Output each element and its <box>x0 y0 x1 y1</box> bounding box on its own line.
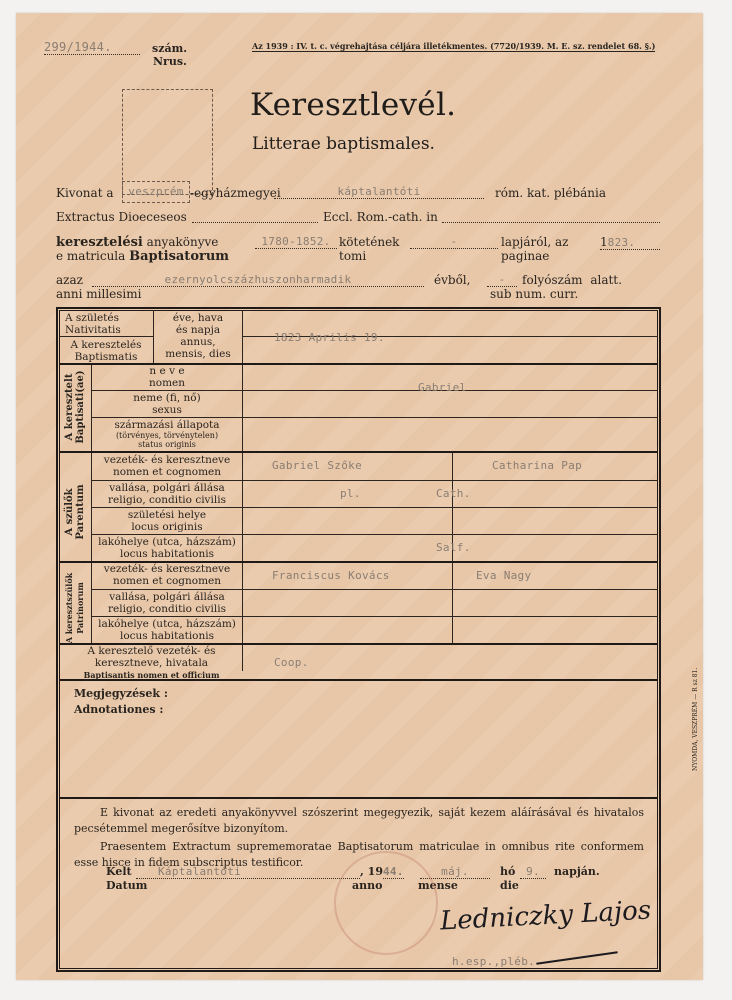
notes-label: Megjegyzések : <box>74 687 168 700</box>
grid-hline <box>91 534 658 535</box>
place-field: Káptalantóti <box>136 865 360 879</box>
diocese-field: veszprém <box>122 181 190 203</box>
parish-field: káptalantóti <box>274 185 484 199</box>
grid-hline <box>91 507 658 508</box>
register-label: keresztelési anyakönyve <box>56 235 218 250</box>
azaz-label: azaz <box>56 273 83 287</box>
year-suffix: évből, <box>434 273 470 287</box>
origin-label: származási állapota (törvényes, törvényt… <box>92 419 242 449</box>
serial-field: - <box>487 273 517 287</box>
grid-hline <box>91 616 658 617</box>
register-label-latin: e matricula Baptisatorum <box>56 249 229 264</box>
document-subtitle: Litterae baptismales. <box>252 134 435 154</box>
serial-label-latin: sub num. curr. <box>490 287 578 301</box>
number-label-latin: Nrus. <box>153 55 187 68</box>
serial-label: folyószám alatt. <box>522 273 622 287</box>
mother-name: Catharina Pap <box>492 459 582 472</box>
grid-hline <box>91 480 658 481</box>
grid-hline <box>59 336 153 337</box>
volume-field: 1780-1852. <box>255 235 337 249</box>
godparents-religion-label: vallása, polgári állása religio, conditi… <box>92 591 242 615</box>
parents-residence-label: lakóhelye (utca, házszám) locus habitati… <box>92 536 242 560</box>
volume-label-latin: tomi <box>339 249 366 263</box>
volume-label: kötetének <box>339 235 399 249</box>
azaz-latin-label: anni millesimi <box>56 287 141 301</box>
parents-religion-label: vallása, polgári állása religio, conditi… <box>92 482 242 506</box>
number-label: szám. <box>152 42 187 55</box>
sex-label: neme (fi, nő) sexus <box>92 392 242 416</box>
latin-eccl-line <box>442 222 660 223</box>
date-label: éve, hava és napja annus, mensis, dies <box>154 312 242 360</box>
year-words-field: ezernyolcszázhuszonharmadik <box>92 273 424 287</box>
printer-mark: NYOMDA, VESZPRÉM — R sz 81. <box>692 668 699 771</box>
birth-label: A születés Nativitatis <box>61 312 155 336</box>
datum-label: Datum <box>106 879 147 892</box>
day-field: 9. <box>520 865 546 879</box>
name-label: n e v e nomen <box>92 365 242 389</box>
parents-religion-1: pl. <box>340 487 361 500</box>
kivonat-label: Kivonat a <box>56 186 113 200</box>
diocese-suffix: -egyházmegyei <box>190 186 281 200</box>
parents-religion-2: Cath. <box>436 487 471 500</box>
godmother-name: Eva Nagy <box>476 569 531 582</box>
godparents-residence-label: lakóhelye (utca, házszám) locus habitati… <box>92 618 242 642</box>
parents-residence: Salf. <box>436 541 471 554</box>
name-value: Gabriel <box>418 381 466 394</box>
godparents-group-label: A keresztszülők Patrinorum <box>64 563 86 653</box>
godparents-names-label: vezeték- és keresztneve nomen et cognome… <box>92 563 242 587</box>
page-label-latin: paginae <box>501 249 549 263</box>
latin-dioecese-label: Extractus Dioeceseos <box>56 210 187 224</box>
baptised-group-label: A keresztelt Baptisati(ae) <box>64 362 86 452</box>
document-paper: 299/1944. szám. Nrus. Az 1939 : IV. t. c… <box>16 13 703 980</box>
grid-hline <box>59 451 658 453</box>
ho-label: hó <box>500 865 515 878</box>
date-value: 1823 Aprilis 19. <box>274 331 385 344</box>
notes-label-latin: Adnotationes : <box>74 703 163 716</box>
page-field: - <box>410 235 498 249</box>
parents-names-label: vezeték- és keresztneve nomen et cognome… <box>92 454 242 478</box>
document-title: Keresztlevél. <box>250 87 456 123</box>
photo-placeholder-box <box>122 89 213 195</box>
baptiser-label: A keresztelő vezeték- és keresztneve, hi… <box>61 645 242 681</box>
signature-title: h.esp.,pléb. <box>452 955 535 968</box>
grid-hline <box>91 390 658 391</box>
parish-suffix: róm. kat. plébánia <box>495 186 606 200</box>
grid-hline <box>59 797 658 799</box>
parents-group-label: A szülők Parentum <box>64 467 86 557</box>
parents-birthplace-label: születési helye locus originis <box>92 509 242 533</box>
father-name: Gabriel Szőke <box>272 459 362 472</box>
kelt-label: Kelt <box>106 865 132 878</box>
tax-notice: Az 1939 : IV. t. c. végrehajtása céljára… <box>252 41 655 52</box>
page-label: lapjáról, az <box>501 235 568 249</box>
certification-hungarian: E kivonat az eredeti anyakönyvvel szósze… <box>74 805 644 837</box>
parish-seal-stamp <box>334 851 438 955</box>
baptism-label: A keresztelés Baptismatis <box>61 339 151 363</box>
grid-hline <box>91 589 658 590</box>
document-number: 299/1944. <box>44 40 140 55</box>
year-field: 1823. <box>600 235 660 250</box>
baptiser-value: Coop. <box>274 656 309 669</box>
grid-hline <box>91 417 658 418</box>
napjan-label: napján. <box>554 865 600 878</box>
latin-dioecese-line <box>192 222 318 223</box>
latin-eccl-label: Eccl. Rom.-cath. in <box>323 210 438 224</box>
godfather-name: Franciscus Kovács <box>272 569 390 582</box>
die-label: die <box>500 879 519 892</box>
